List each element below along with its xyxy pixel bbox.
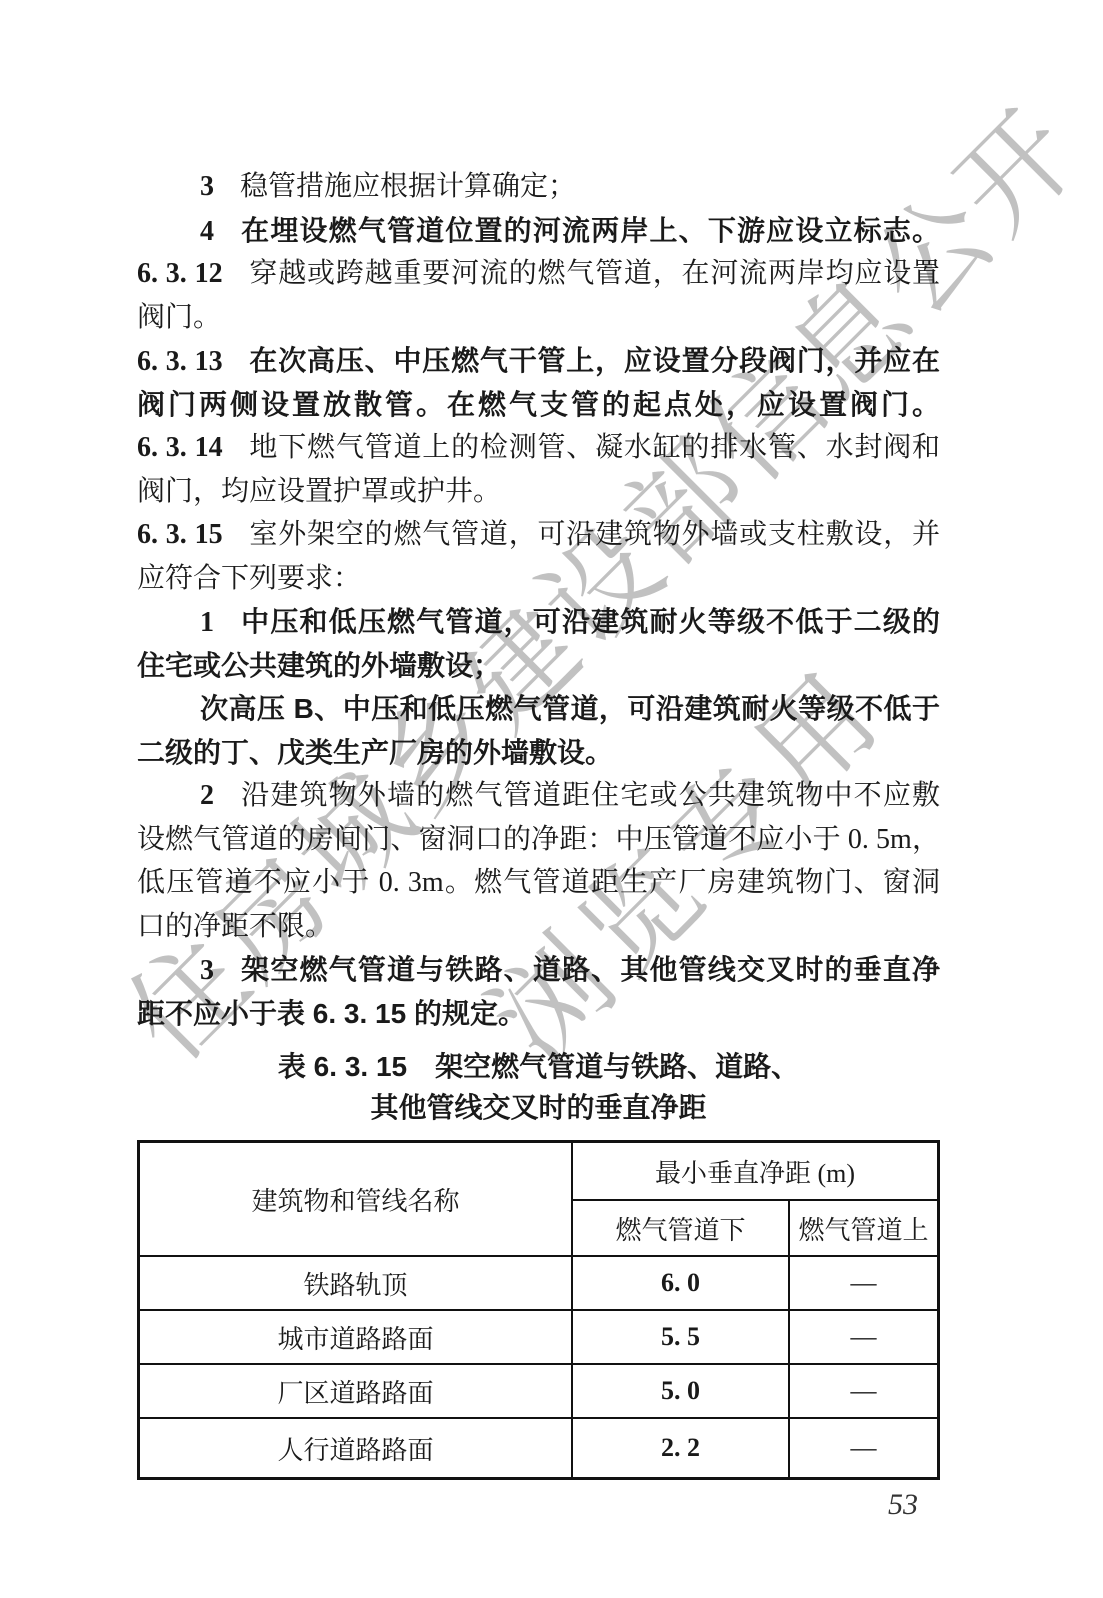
text-line: 6. 3. 14地下燃气管道上的检测管、凝水缸的排水管、水封阀和 <box>137 426 940 470</box>
text-line: 4在埋设燃气管道位置的河流两岸上、下游应设立标志。 <box>137 209 940 253</box>
text-line: 次高压 B、中压和低压燃气管道，可沿建筑耐火等级不低于 <box>137 687 940 731</box>
page-number: 53 <box>888 1488 918 1522</box>
table-header-below-pipe: 燃气管道下 <box>572 1200 789 1256</box>
clearance-table: 建筑物和管线名称 最小垂直净距 (m) 燃气管道下 燃气管道上 铁路轨顶 6. … <box>137 1140 940 1480</box>
text-line: 2沿建筑物外墙的燃气管道距住宅或公共建筑物中不应敷 <box>137 774 940 818</box>
table-cell-name: 城市道路路面 <box>139 1310 573 1364</box>
table-title-line-2: 其他管线交叉时的垂直净距 <box>137 1090 940 1126</box>
table-cell-below: 6. 0 <box>572 1256 789 1310</box>
table-title-line-1: 表 6. 3. 15 架空燃气管道与铁路、道路、 <box>137 1049 940 1085</box>
table-cell-name: 人行道路路面 <box>139 1418 573 1479</box>
text-line: 3稳管措施应根据计算确定； <box>137 165 940 209</box>
table-cell-below: 5. 5 <box>572 1310 789 1364</box>
table-cell-below: 5. 0 <box>572 1364 789 1418</box>
text-line: 6. 3. 15室外架空的燃气管道，可沿建筑物外墙或支柱敷设，并 <box>137 513 940 557</box>
document-page: 住房城乡建设部信息公开 浏览专用 3稳管措施应根据计算确定； 4在埋设燃气管道位… <box>0 0 1103 1598</box>
text-line: 住宅或公共建筑的外墙敷设； <box>137 644 940 688</box>
text-line: 3架空燃气管道与铁路、道路、其他管线交叉时的垂直净 <box>137 948 940 992</box>
table-cell-above: — <box>789 1256 939 1310</box>
table-cell-above: — <box>789 1364 939 1418</box>
document-body: 3稳管措施应根据计算确定； 4在埋设燃气管道位置的河流两岸上、下游应设立标志。 … <box>137 165 940 1480</box>
table-header-name-col: 建筑物和管线名称 <box>139 1142 573 1257</box>
table-cell-name: 厂区道路路面 <box>139 1364 573 1418</box>
text-line: 二级的丁、戊类生产厂房的外墙敷设。 <box>137 731 940 775</box>
table-header-above-pipe: 燃气管道上 <box>789 1200 939 1256</box>
text-line: 1中压和低压燃气管道，可沿建筑耐火等级不低于二级的 <box>137 600 940 644</box>
text-line: 应符合下列要求： <box>137 557 940 601</box>
text-line: 6. 3. 12穿越或跨越重要河流的燃气管道，在河流两岸均应设置 <box>137 252 940 296</box>
table-cell-below: 2. 2 <box>572 1418 789 1479</box>
text-line: 设燃气管道的房间门、窗洞口的净距：中压管道不应小于 0. 5m， <box>137 818 940 862</box>
table-cell-name: 铁路轨顶 <box>139 1256 573 1310</box>
text-line: 阀门，均应设置护罩或护井。 <box>137 470 940 514</box>
text-line: 阀门两侧设置放散管。在燃气支管的起点处，应设置阀门。 <box>137 383 940 427</box>
text-line: 口的净距不限。 <box>137 905 940 949</box>
table-header-group: 最小垂直净距 (m) <box>572 1142 938 1201</box>
text-line: 距不应小于表 6. 3. 15 的规定。 <box>137 992 940 1036</box>
text-line: 阀门。 <box>137 296 940 340</box>
text-line: 6. 3. 13在次高压、中压燃气干管上，应设置分段阀门，并应在 <box>137 339 940 383</box>
table-cell-above: — <box>789 1310 939 1364</box>
text-line: 低压管道不应小于 0. 3m。燃气管道距生产厂房建筑物门、窗洞 <box>137 861 940 905</box>
table-cell-above: — <box>789 1418 939 1479</box>
